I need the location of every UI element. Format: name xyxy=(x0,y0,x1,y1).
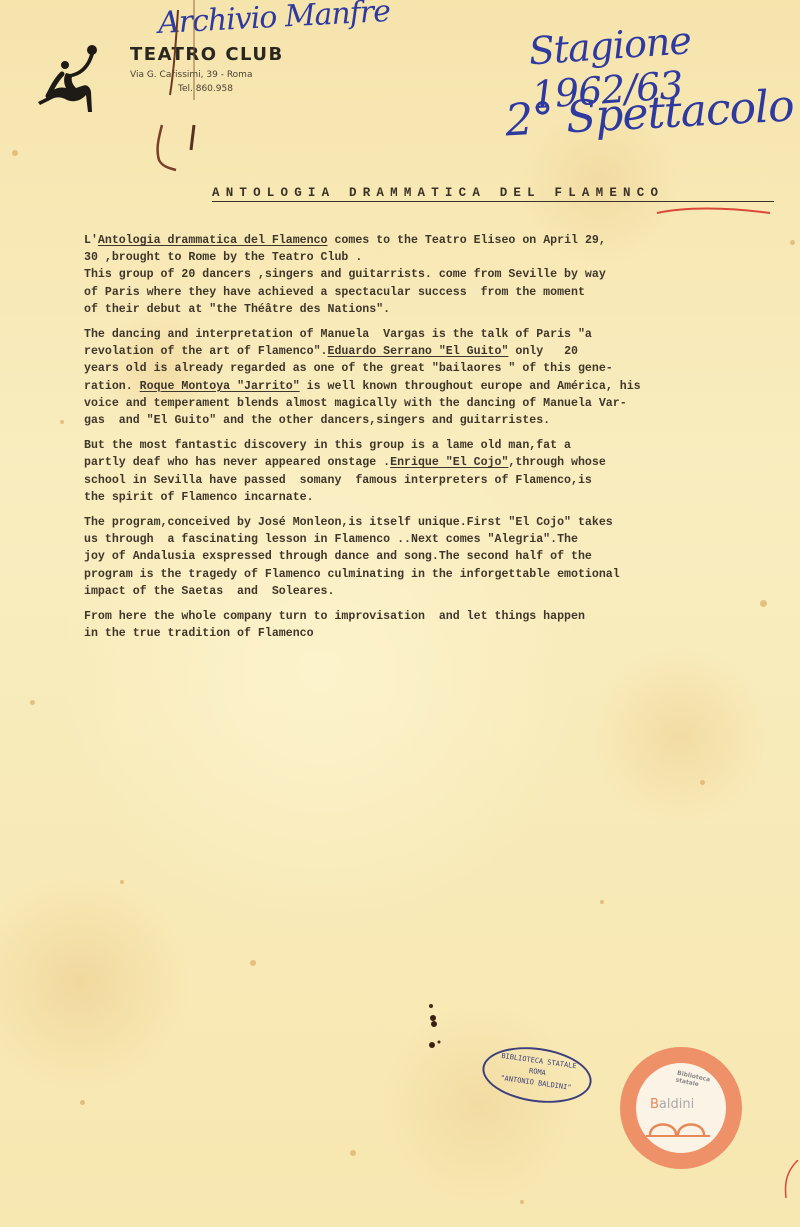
text-line: of their debut at "the Théâtre des Natio… xyxy=(84,301,784,318)
underlined-name: Eduardo Serrano "El Guito" xyxy=(328,345,509,358)
text-segment: partly deaf who has never appeared onsta… xyxy=(84,456,390,469)
text-segment: joy of Andalusia exspressed through danc… xyxy=(84,550,592,563)
text-line: impact of the Saetas and Soleares. xyxy=(84,583,784,600)
text-segment: impact of the Saetas and Soleares. xyxy=(84,585,334,598)
stamp-small-text: Biblioteca statale xyxy=(675,1070,711,1091)
red-corner-mark xyxy=(780,1160,800,1200)
text-line: joy of Andalusia exspressed through danc… xyxy=(84,548,784,565)
text-line: us through a fascinating lesson in Flame… xyxy=(84,531,784,548)
text-line: of Paris where they have achieved a spec… xyxy=(84,284,784,301)
text-segment: L' xyxy=(84,234,98,247)
text-segment: 30 ,brought to Rome by the Teatro Club . xyxy=(84,251,362,264)
library-stamp: BIBLIOTECA STATALE ROMA "ANTONIO BALDINI… xyxy=(479,1041,595,1110)
paragraph: But the most fantastic discovery in this… xyxy=(84,437,784,506)
text-segment: years old is already regarded as one of … xyxy=(84,362,613,375)
text-line: the spirit of Flamenco incarnate. xyxy=(84,489,784,506)
text-segment: school in Sevilla have passed somany fam… xyxy=(84,474,592,487)
baldini-logo-stamp: Biblioteca statale Baldini xyxy=(620,1047,742,1169)
text-line: But the most fantastic discovery in this… xyxy=(84,437,784,454)
paragraph: The program,conceived by José Monleon,is… xyxy=(84,514,784,600)
document-body: L'Antologia drammatica del Flamenco come… xyxy=(84,232,784,650)
text-segment: of Paris where they have achieved a spec… xyxy=(84,286,585,299)
text-line: The program,conceived by José Monleon,is… xyxy=(84,514,784,531)
ink-blot xyxy=(425,1000,450,1050)
text-segment: This group of 20 dancers ,singers and gu… xyxy=(84,268,606,281)
text-segment: is well known throughout europe and Amér… xyxy=(300,380,641,393)
stamp-name-initial: B xyxy=(650,1097,659,1112)
text-line: years old is already regarded as one of … xyxy=(84,360,784,377)
text-line: in the true tradition of Flamenco xyxy=(84,625,784,642)
arches-icon xyxy=(646,1115,716,1139)
text-segment: program is the tragedy of Flamenco culmi… xyxy=(84,568,620,581)
underlined-name: Antologia drammatica del Flamenco xyxy=(98,234,328,247)
text-segment: The dancing and interpretation of Manuel… xyxy=(84,328,592,341)
text-line: This group of 20 dancers ,singers and gu… xyxy=(84,266,784,283)
text-line: gas and "El Guito" and the other dancers… xyxy=(84,412,784,429)
text-line: ration. Roque Montoya "Jarrito" is well … xyxy=(84,378,784,395)
text-line: school in Sevilla have passed somany fam… xyxy=(84,472,784,489)
red-underline-mark xyxy=(655,205,775,217)
text-segment: But the most fantastic discovery in this… xyxy=(84,439,571,452)
document-title: ANTOLOGIA DRAMMATICA DEL FLAMENCO xyxy=(212,186,774,202)
text-segment: ,through whose xyxy=(508,456,605,469)
text-segment: in the true tradition of Flamenco xyxy=(84,627,314,640)
text-segment: revolation of the art of Flamenco". xyxy=(84,345,328,358)
stamp-name-rest: aldini xyxy=(659,1097,694,1112)
text-line: 30 ,brought to Rome by the Teatro Club . xyxy=(84,249,784,266)
text-segment: of their debut at "the Théâtre des Natio… xyxy=(84,303,390,316)
paragraph: The dancing and interpretation of Manuel… xyxy=(84,326,784,429)
paragraph: L'Antologia drammatica del Flamenco come… xyxy=(84,232,784,318)
text-segment: The program,conceived by José Monleon,is… xyxy=(84,516,613,529)
underlined-name: Roque Montoya "Jarrito" xyxy=(140,380,300,393)
text-line: L'Antologia drammatica del Flamenco come… xyxy=(84,232,784,249)
text-line: revolation of the art of Flamenco".Eduar… xyxy=(84,343,784,360)
text-line: From here the whole company turn to impr… xyxy=(84,608,784,625)
text-segment: voice and temperament blends almost magi… xyxy=(84,397,627,410)
text-segment: only 20 xyxy=(508,345,578,358)
text-segment: gas and "El Guito" and the other dancers… xyxy=(84,414,550,427)
text-line: program is the tragedy of Flamenco culmi… xyxy=(84,566,784,583)
text-segment: ration. xyxy=(84,380,140,393)
dancer-figure-icon xyxy=(32,40,107,112)
text-segment: the spirit of Flamenco incarnate. xyxy=(84,491,314,504)
pencil-mark xyxy=(150,0,220,180)
text-segment: From here the whole company turn to impr… xyxy=(84,610,585,623)
underlined-name: Enrique "El Cojo" xyxy=(390,456,508,469)
text-line: partly deaf who has never appeared onsta… xyxy=(84,454,784,471)
text-segment: comes to the Teatro Eliseo on April 29, xyxy=(328,234,606,247)
paragraph: From here the whole company turn to impr… xyxy=(84,608,784,642)
stamp-name: Baldini xyxy=(650,1097,694,1112)
text-line: The dancing and interpretation of Manuel… xyxy=(84,326,784,343)
text-line: voice and temperament blends almost magi… xyxy=(84,395,784,412)
text-segment: us through a fascinating lesson in Flame… xyxy=(84,533,578,546)
